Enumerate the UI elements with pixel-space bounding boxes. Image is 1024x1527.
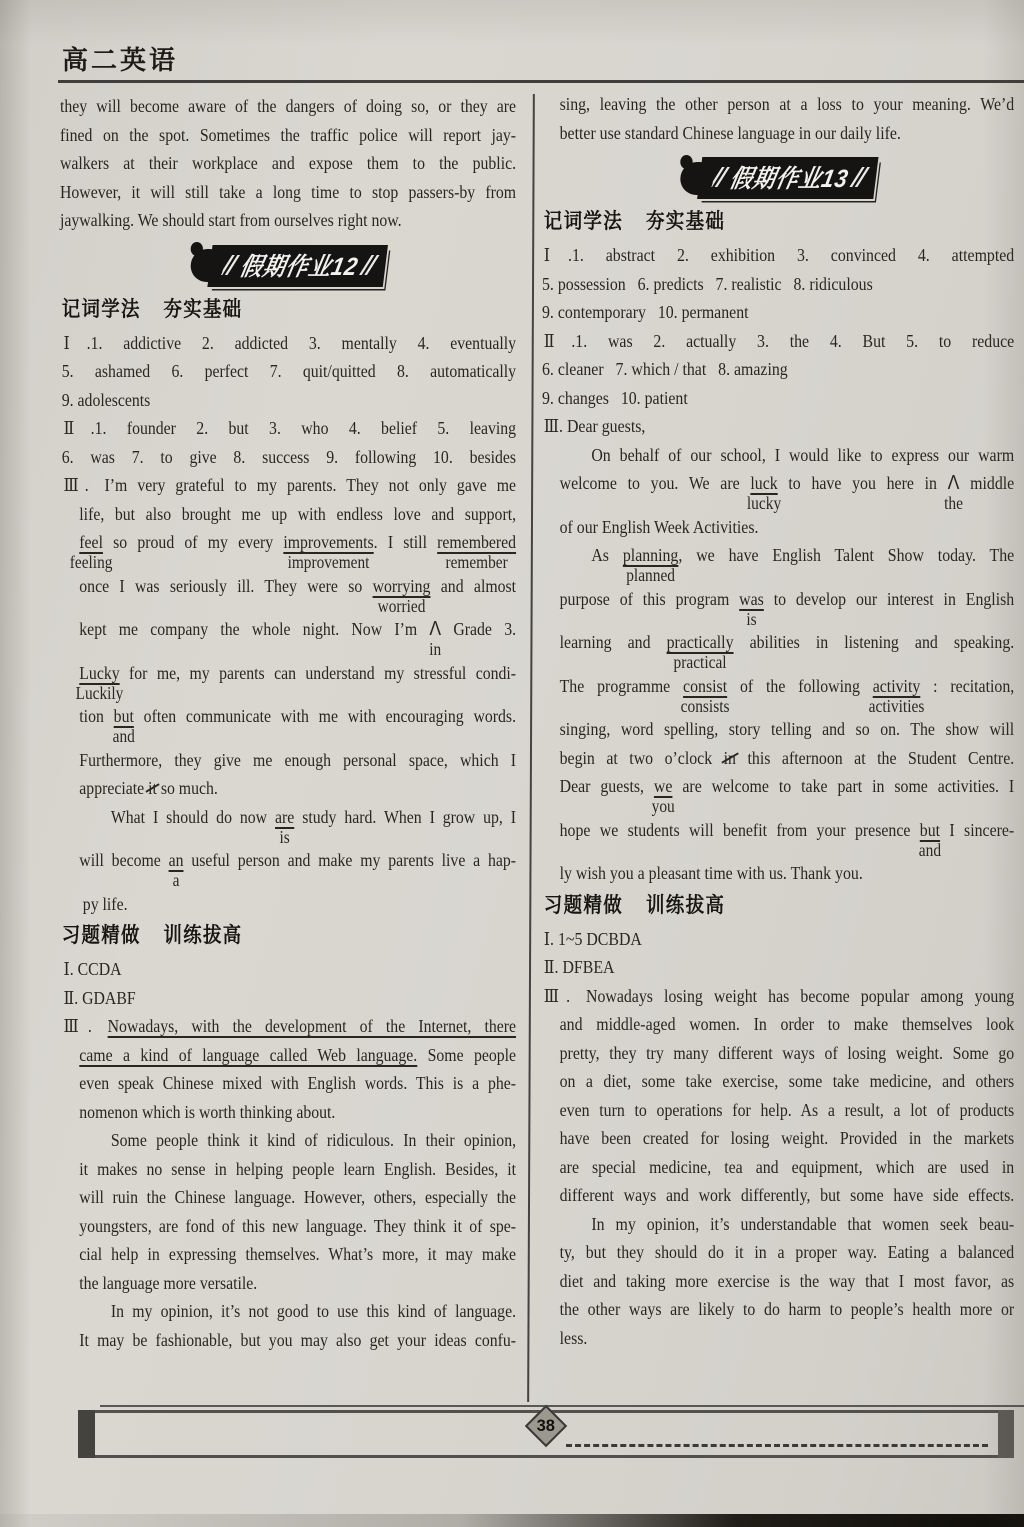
error-word: consist <box>683 676 727 696</box>
text-line: less. <box>542 1324 1014 1353</box>
text-run: In my opinion, it’s understandable that … <box>591 1214 1014 1234</box>
correction-word: in <box>429 640 441 659</box>
footer-dashed-line <box>566 1444 988 1447</box>
text-run: middle <box>959 473 1014 493</box>
text-line: walkers at their workplace and expose th… <box>60 149 516 178</box>
text-run: However, it will still take a long time … <box>60 182 516 202</box>
insertion-caret-icon: Λ <box>429 618 441 640</box>
insertion-point: Λin <box>429 619 441 639</box>
text-line: are special medicine, tea and equipment,… <box>542 1153 1014 1182</box>
banner-label-hw13: 假期作业13 <box>727 159 852 195</box>
text-run: learning and <box>560 632 667 652</box>
text-line: sing, leaving the other person at a loss… <box>542 90 1014 119</box>
text-run: walkers at their workplace and expose th… <box>60 153 516 173</box>
text-run: Ⅰ. CCDA <box>64 959 122 979</box>
error-word: activity <box>873 676 921 696</box>
text-line: appreciate it so much. <box>60 774 516 803</box>
text-run: cial help in expressing themselves. What… <box>79 1244 516 1264</box>
page-title: 高二英语 <box>62 40 178 77</box>
text-run: abilities in listening and speaking. <box>734 632 1015 652</box>
banner-blob-icon <box>191 249 223 282</box>
text-run: On behalf of our school, I would like to… <box>591 445 1014 465</box>
insertion-caret-icon: Λ <box>948 472 960 494</box>
text-line: Ⅲ. Dear guests, <box>542 412 1014 441</box>
error-word: an <box>169 850 184 870</box>
text-line: Ⅱ. DFBEA <box>542 953 1014 982</box>
text-line: hope we students will benefit from your … <box>542 816 1014 845</box>
text-line: ty, but they should do it in a proper wa… <box>542 1238 1014 1267</box>
correction-word: feeling <box>70 553 113 572</box>
text-line: cial help in expressing themselves. What… <box>60 1240 516 1269</box>
correction-pair: worryingworried <box>373 576 431 596</box>
banner-slash-icon <box>359 255 374 275</box>
error-word: planning <box>623 545 679 565</box>
text-line: youngsters, are fond of this new languag… <box>60 1212 516 1241</box>
text-run: better use standard Chinese language in … <box>560 123 901 143</box>
text-run: 5. possession 6. predicts 7. realistic 8… <box>542 274 873 294</box>
correction-word: lucky <box>747 494 781 513</box>
section-label: 记词学法 <box>62 298 141 321</box>
text-run: 6. was 7. to give 8. success 9. followin… <box>62 447 516 467</box>
text-run: ty, but they should do it in a proper wa… <box>560 1242 1015 1262</box>
correction-word: is <box>746 610 756 629</box>
left-column: they will become aware of the dangers of… <box>60 92 516 1354</box>
text-run: Ⅰ.1. addictive 2. addicted 3. mentally 4… <box>64 333 517 353</box>
text-run: they will become aware of the dangers of… <box>60 96 516 116</box>
correction-pair: feelfeeling <box>79 532 103 552</box>
text-line: LuckyLuckily for me, my parents can unde… <box>60 659 516 688</box>
text-line: Ⅰ.1. abstract 2. exhibition 3. convinced… <box>542 241 1014 270</box>
correction-word: remember <box>445 553 507 572</box>
text-line: they will become aware of the dangers of… <box>60 92 516 121</box>
text-run: Grade 3. <box>441 619 516 639</box>
correction-word: planned <box>626 566 675 585</box>
text-run: kept me company the whole night. Now I’m <box>79 619 429 639</box>
error-word: luck <box>750 473 777 493</box>
text-line: Ⅱ.1. was 2. actually 3. the 4. But 5. to… <box>542 327 1014 356</box>
text-run: diet and taking more exercise is the way… <box>560 1271 1015 1291</box>
text-line: have been created for losing weight. Pro… <box>542 1124 1014 1153</box>
section-header-practice-12: 习题精做训练拔高 <box>62 921 516 951</box>
text-run: pretty, they try many different ways of … <box>560 1043 1015 1063</box>
error-word: are <box>275 807 294 827</box>
text-line: The programme consistconsists of the fol… <box>542 672 1014 701</box>
text-line: better use standard Chinese language in … <box>542 119 1014 148</box>
underlined-text: came a kind of language called Web langu… <box>79 1045 417 1065</box>
correction-word: worried <box>378 597 426 616</box>
text-line: On behalf of our school, I would like to… <box>542 441 1014 470</box>
text-run: singing, word spelling, story telling an… <box>560 719 1015 739</box>
correction-word: and <box>919 841 941 860</box>
text-line: Furthermore, they give me enough persona… <box>60 746 516 775</box>
text-line: py life. <box>60 890 516 919</box>
error-word: we <box>654 776 673 796</box>
text-run: even speak Chinese mixed with English wo… <box>79 1073 516 1093</box>
text-line: the language more versatile. <box>60 1269 516 1298</box>
error-word: remembered <box>437 532 516 552</box>
text-line: of our English Week Activities. <box>542 513 1014 542</box>
section-label: 夯实基础 <box>163 298 242 321</box>
text-line: 6. cleaner 7. which / that 8. amazing <box>542 355 1014 384</box>
text-run: this afternoon at the Student Centre. <box>736 748 1014 768</box>
error-word: Lucky <box>79 663 119 683</box>
text-line: Ⅱ. GDABF <box>60 984 516 1013</box>
text-run: the language more versatile. <box>79 1273 257 1293</box>
text-run: 5. ashamed 6. perfect 7. quit/quitted 8.… <box>62 361 516 381</box>
text-run: begin at two o’clock <box>560 748 724 768</box>
text-line: life, but also brought me up with endles… <box>60 500 516 529</box>
text-run: Ⅰ. 1~5 DCBDA <box>544 929 642 949</box>
page-number: 38 <box>537 1416 555 1435</box>
text-run: purpose of this program <box>560 589 740 609</box>
error-word: practically <box>667 632 734 652</box>
text-run: It may be fashionable, but you may also … <box>79 1330 516 1350</box>
section-header-vocab-13: 记词学法夯实基础 <box>544 207 1014 237</box>
text-run: youngsters, are fond of this new languag… <box>79 1216 516 1236</box>
text-run: of our English Week Activities. <box>560 517 759 537</box>
text-run: to have you here in <box>778 473 948 493</box>
practice-answers-12: Ⅰ. CCDAⅡ. GDABFⅢ. Nowadays, with the dev… <box>60 955 516 1354</box>
correction-pair: lucklucky <box>750 473 777 493</box>
text-line: jaywalking. We should start from ourselv… <box>60 206 516 235</box>
footer-top-rule <box>100 1405 1024 1407</box>
text-run: 9. changes 10. patient <box>542 388 688 408</box>
text-run: . I still <box>374 532 437 552</box>
text-run: useful person and make my parents live a… <box>183 850 516 870</box>
text-run: and almost <box>430 576 516 596</box>
text-line: 9. contemporary 10. permanent <box>542 298 1014 327</box>
correction-pair: butand <box>920 820 940 840</box>
text-run: Dear guests, <box>560 776 654 796</box>
text-line: Ⅲ. I’m very grateful to my parents. They… <box>60 471 516 500</box>
text-line: will become ana useful person and make m… <box>60 846 516 875</box>
vocab-answers-12: Ⅰ.1. addictive 2. addicted 3. mentally 4… <box>60 329 516 472</box>
text-run: have been created for losing weight. Pro… <box>560 1128 1015 1148</box>
vocab-answers-13: Ⅰ.1. abstract 2. exhibition 3. convinced… <box>542 241 1014 412</box>
text-line: begin at two o’clock in this afternoon a… <box>542 744 1014 773</box>
correction-word: improvement <box>288 553 370 572</box>
text-line: Ⅲ. Nowadays losing weight has become pop… <box>542 982 1014 1011</box>
text-line: 9. changes 10. patient <box>542 384 1014 413</box>
text-run: Ⅰ.1. abstract 2. exhibition 3. convinced… <box>544 245 1014 265</box>
text-line: purpose of this program wasis to develop… <box>542 585 1014 614</box>
text-run: In my opinion, it’s not good to use this… <box>111 1301 516 1321</box>
text-run: 6. cleaner 7. which / that 8. amazing <box>542 359 788 379</box>
text-run: even turn to operations for help. As a r… <box>560 1100 1015 1120</box>
text-run: nomenon which is worth thinking about. <box>79 1102 335 1122</box>
text-run: Nowadays losing weight has become popula… <box>586 986 1014 1006</box>
text-run: Some people <box>417 1045 516 1065</box>
text-run: Ⅲ. <box>544 986 586 1006</box>
section-label: 习题精做 <box>62 924 141 947</box>
correction-word: consists <box>681 697 730 716</box>
text-run: 9. contemporary 10. permanent <box>542 302 749 322</box>
text-line: 6. was 7. to give 8. success 9. followin… <box>60 443 516 472</box>
text-run: less. <box>560 1328 588 1348</box>
text-run: I sincere- <box>940 820 1014 840</box>
text-line: nomenon which is worth thinking about. <box>60 1098 516 1127</box>
text-run: Ⅱ. DFBEA <box>544 957 615 977</box>
text-run: Ⅱ. GDABF <box>64 988 136 1008</box>
header-rule <box>58 80 1024 83</box>
text-run: once I was seriously ill. They were so <box>79 576 372 596</box>
text-line: the other ways are likely to do harm to … <box>542 1295 1014 1324</box>
right-column: sing, leaving the other person at a loss… <box>542 90 1014 1352</box>
text-line: will ruin the Chinese language. However,… <box>60 1183 516 1212</box>
error-word: but <box>920 820 940 840</box>
text-run: will become <box>79 850 168 870</box>
text-run: py life. <box>83 894 128 914</box>
error-word: improvements <box>283 532 373 552</box>
correction-pair: wasis <box>739 589 764 609</box>
text-run: The programme <box>560 676 683 696</box>
web-language-essay-end: sing, leaving the other person at a loss… <box>542 90 1014 147</box>
correction-word: a <box>173 871 180 890</box>
text-run: hope we students will benefit from your … <box>560 820 920 840</box>
text-line: 5. possession 6. predicts 7. realistic 8… <box>542 270 1014 299</box>
error-word: worrying <box>373 576 431 596</box>
text-line: In my opinion, it’s understandable that … <box>542 1210 1014 1239</box>
correction-pair: activityactivities <box>873 676 921 696</box>
text-line: However, it will still take a long time … <box>60 178 516 207</box>
correction-word: practical <box>674 653 727 672</box>
section-label: 夯实基础 <box>646 210 725 233</box>
text-run: What I should do now <box>111 807 275 827</box>
text-run: jaywalking. We should start from ourselv… <box>60 210 402 230</box>
text-run: so much. <box>157 778 218 798</box>
text-run: and middle-aged women. In order to make … <box>560 1014 1015 1034</box>
text-line: tion butand often communicate with me wi… <box>60 702 516 731</box>
text-line: feelfeeling so proud of my every improve… <box>60 528 516 557</box>
text-line: Some people think it kind of ridiculous.… <box>60 1126 516 1155</box>
correction-pair: weyou <box>654 776 673 796</box>
text-run: are special medicine, tea and equipment,… <box>560 1157 1015 1177</box>
text-line: Ⅱ.1. founder 2. but 3. who 4. belief 5. … <box>60 414 516 443</box>
text-run: are welcome to take part in some activit… <box>672 776 1014 796</box>
text-run: on a diet, some take exercise, some take… <box>560 1071 1015 1091</box>
photo-edge-shadow <box>0 1514 1024 1527</box>
text-run: Ⅱ.1. was 2. actually 3. the 4. But 5. to… <box>544 331 1014 351</box>
text-line: learning and practicallypractical abilit… <box>542 628 1014 657</box>
correction-pair: butand <box>114 706 134 726</box>
text-run: , we have English Talent Show today. The <box>678 545 1014 565</box>
text-line: welcome to you. We are lucklucky to have… <box>542 469 1014 498</box>
text-line: As planningplanned, we have English Tale… <box>542 541 1014 570</box>
text-line: Ⅲ. Nowadays, with the development of the… <box>60 1012 516 1041</box>
correction-pair: rememberedremember <box>437 532 516 552</box>
footer-right-cap <box>998 1410 1014 1458</box>
banner-ribbon: 假期作业13 <box>697 157 878 199</box>
correction-pair: practicallypractical <box>667 632 734 652</box>
banner-label-hw12: 假期作业12 <box>237 247 362 283</box>
correction-pair: areis <box>275 807 294 827</box>
text-run: welcome to you. We are <box>560 473 751 493</box>
text-line: fined on the spot. Sometimes the traffic… <box>60 121 516 150</box>
error-word: was <box>739 589 764 609</box>
text-line: 9. adolescents <box>60 386 516 415</box>
section-label: 训练拔高 <box>163 924 242 947</box>
correction-pair: consistconsists <box>683 676 727 696</box>
section-header-vocab-12: 记词学法夯实基础 <box>62 295 516 325</box>
text-line: even speak Chinese mixed with English wo… <box>60 1069 516 1098</box>
text-line: and middle-aged women. In order to make … <box>542 1010 1014 1039</box>
text-run: As <box>591 545 623 565</box>
text-run: fined on the spot. Sometimes the traffic… <box>60 125 516 145</box>
section-label: 习题精做 <box>544 894 623 917</box>
text-line: diet and taking more exercise is the way… <box>542 1267 1014 1296</box>
text-run: sing, leaving the other person at a loss… <box>560 94 1015 114</box>
correction-word: activities <box>869 697 925 716</box>
text-line: came a kind of language called Web langu… <box>60 1041 516 1070</box>
text-line: 5. ashamed 6. perfect 7. quit/quitted 8.… <box>60 357 516 386</box>
text-line: singing, word spelling, story telling an… <box>542 715 1014 744</box>
text-run: of the following <box>727 676 873 696</box>
section-label: 记词学法 <box>544 210 623 233</box>
banner-ribbon: 假期作业12 <box>207 245 387 287</box>
section-header-practice-13: 习题精做训练拔高 <box>544 891 1014 921</box>
correction-pair: LuckyLuckily <box>79 663 119 683</box>
proofreading-passage-13: Ⅲ. Dear guests,On behalf of our school, … <box>542 412 1014 888</box>
error-word: but <box>114 706 134 726</box>
underlined-text: Nowadays, with the development of the In… <box>108 1016 516 1036</box>
text-run: ly wish you a pleasant time with us. Tha… <box>560 863 863 883</box>
text-line: In my opinion, it’s not good to use this… <box>60 1297 516 1326</box>
text-run: : recitation, <box>920 676 1014 696</box>
text-line: once I was seriously ill. They were so w… <box>60 572 516 601</box>
error-word: feel <box>79 532 103 552</box>
text-line: Ⅰ. CCDA <box>60 955 516 984</box>
text-run: Ⅲ. I’m very grateful to my parents. They… <box>64 475 517 495</box>
insertion-point: Λthe <box>948 473 960 493</box>
jaywalking-paragraph: they will become aware of the dangers of… <box>60 92 516 235</box>
text-line: kept me company the whole night. Now I’m… <box>60 615 516 644</box>
text-run: Furthermore, they give me enough persona… <box>79 750 516 770</box>
text-run: appreciate <box>79 778 148 798</box>
text-line: It may be fashionable, but you may also … <box>60 1326 516 1355</box>
proofreading-passage-12: Ⅲ. I’m very grateful to my parents. They… <box>60 471 516 918</box>
hw12-banner: 假期作业12 <box>60 242 516 290</box>
text-line: What I should do now areis study hard. W… <box>60 803 516 832</box>
text-line: it makes no sense in helping people lear… <box>60 1155 516 1184</box>
text-run: study hard. When I grow up, I <box>294 807 516 827</box>
correction-word: is <box>280 828 290 847</box>
text-run: 9. adolescents <box>62 390 151 410</box>
deleted-word: it <box>148 778 157 798</box>
text-line: Dear guests, weyou are welcome to take p… <box>542 772 1014 801</box>
text-run: Ⅲ. <box>64 1016 108 1036</box>
banner-blob-icon <box>680 162 713 195</box>
text-line: Ⅰ.1. addictive 2. addicted 3. mentally 4… <box>60 329 516 358</box>
text-line: on a diet, some take exercise, some take… <box>542 1067 1014 1096</box>
banner-slash-icon <box>849 167 864 187</box>
correction-pair: improvementsimprovement <box>283 532 373 552</box>
text-run: it makes no sense in helping people lear… <box>79 1159 516 1179</box>
footer-left-cap <box>78 1410 95 1458</box>
text-run: for me, my parents can understand my str… <box>120 663 516 683</box>
text-run: Ⅲ. Dear guests, <box>544 416 646 436</box>
text-run: tion <box>79 706 113 726</box>
text-run: Ⅱ.1. founder 2. but 3. who 4. belief 5. … <box>64 418 517 438</box>
column-divider <box>527 94 535 1402</box>
section-label: 训练拔高 <box>646 894 725 917</box>
text-line: even turn to operations for help. As a r… <box>542 1096 1014 1125</box>
text-run: to develop our interest in English <box>764 589 1014 609</box>
text-run: often communicate with me with encouragi… <box>134 706 516 726</box>
text-run: different ways and work differently, but… <box>560 1185 1015 1205</box>
text-line: Ⅰ. 1~5 DCBDA <box>542 925 1014 954</box>
correction-word: Luckily <box>76 684 124 703</box>
hw13-banner: 假期作业13 <box>542 154 1014 202</box>
correction-word: and <box>113 727 135 746</box>
practice-answers-13: Ⅰ. 1~5 DCBDAⅡ. DFBEAⅢ. Nowadays losing w… <box>542 925 1014 1353</box>
text-run: the other ways are likely to do harm to … <box>560 1299 1015 1319</box>
text-run: so proud of my every <box>103 532 283 552</box>
text-line: ly wish you a pleasant time with us. Tha… <box>542 859 1014 888</box>
text-run: will ruin the Chinese language. However,… <box>79 1187 516 1207</box>
correction-pair: ana <box>169 850 184 870</box>
correction-word: the <box>944 494 963 513</box>
text-run: Some people think it kind of ridiculous.… <box>111 1130 516 1150</box>
deleted-word: in <box>724 748 736 768</box>
page-footer: 38 <box>78 1402 1024 1460</box>
text-run: life, but also brought me up with endles… <box>79 504 516 524</box>
correction-word: you <box>652 797 675 816</box>
text-line: pretty, they try many different ways of … <box>542 1039 1014 1068</box>
correction-pair: planningplanned <box>623 545 679 565</box>
text-line: different ways and work differently, but… <box>542 1181 1014 1210</box>
